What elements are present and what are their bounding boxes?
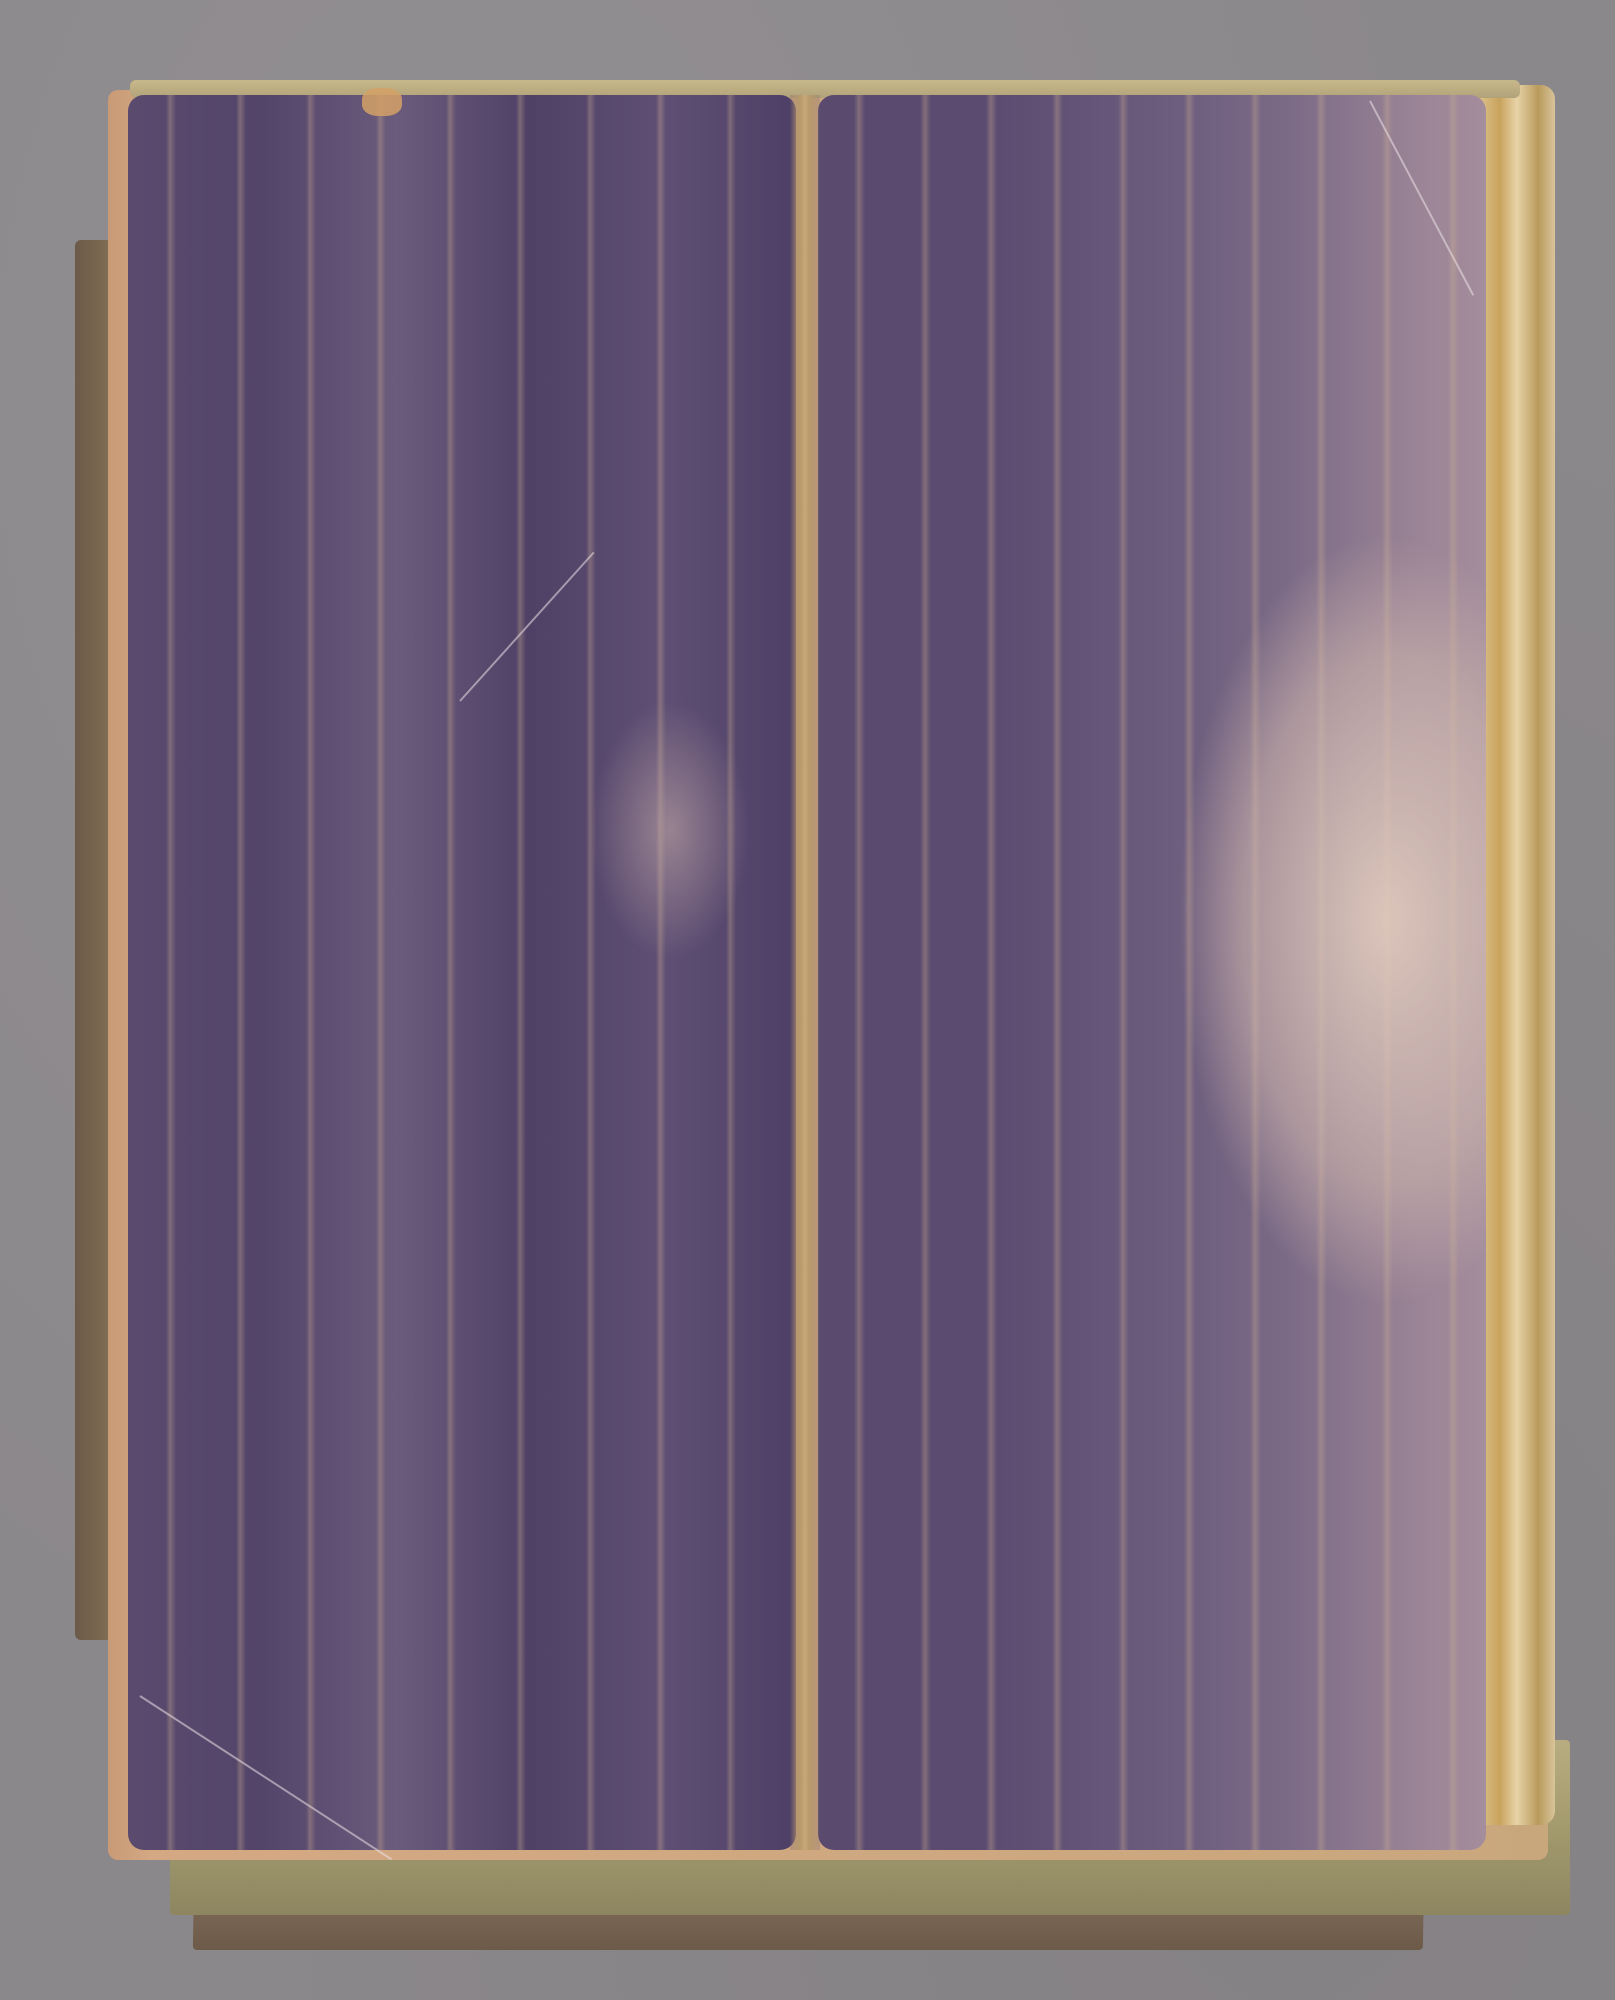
orange-stain (362, 88, 402, 116)
center-divider-strip (790, 95, 820, 1850)
faded-patch (590, 700, 750, 960)
left-cover-panel (128, 95, 796, 1850)
right-cover-panel (818, 95, 1486, 1850)
